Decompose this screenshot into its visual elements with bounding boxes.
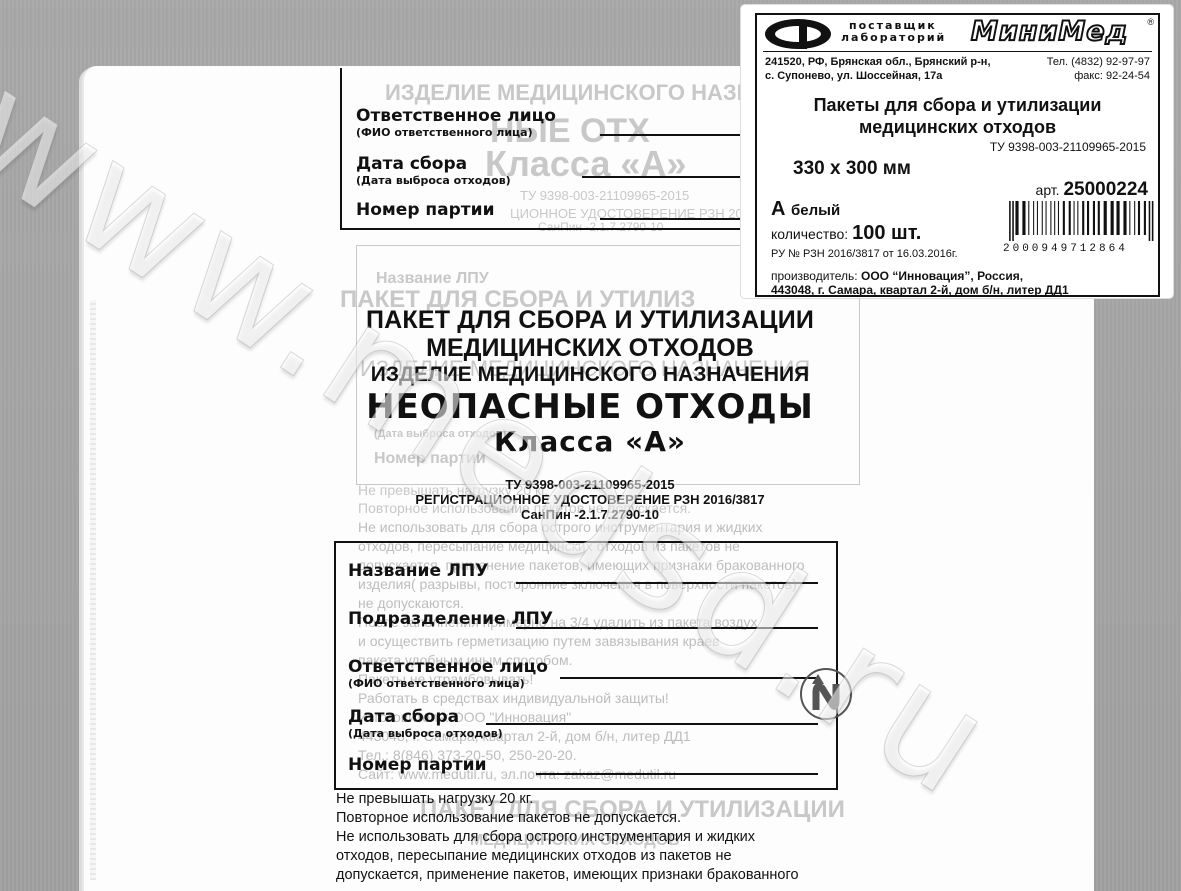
- field-label: Номер партии: [356, 200, 494, 220]
- article-label: арт.: [1036, 182, 1060, 198]
- minimed-logo-icon: [765, 19, 831, 49]
- product-tu: ТУ 9398-003-21109965-2015: [990, 140, 1146, 154]
- title-line-1: ПАКЕТ ДЛЯ СБОРА И УТИЛИЗАЦИИ: [330, 306, 850, 334]
- responsible-field: Ответственное лицо (ФИО ответственного л…: [348, 657, 548, 690]
- title-line-2: МЕДИЦИНСКИХ ОТХОДОВ: [330, 334, 850, 362]
- instruction-line: Не использовать для сбора острого инстру…: [336, 828, 799, 847]
- top-responsible-line: [600, 134, 760, 136]
- article-value: 25000224: [1063, 179, 1148, 200]
- waste-class: А белый: [771, 198, 840, 221]
- bag-stack-edge: [90, 300, 96, 880]
- article-number: арт. 25000224: [1036, 179, 1148, 201]
- dept-lpu-line: [516, 627, 818, 629]
- name-lpu-field: Название ЛПУ: [348, 561, 488, 581]
- address-line: с. Супонево, ул. Шоссейная, 17а: [765, 69, 991, 83]
- fax-text: факс: 92-24-54: [1047, 69, 1150, 83]
- field-label: Дата сбора: [356, 154, 467, 174]
- instruction-line: Повторное использование пакетов не допус…: [336, 809, 799, 828]
- supplier-address: 241520, РФ, Брянская обл., Брянский р-н,…: [765, 55, 991, 83]
- flame-icon: [799, 21, 807, 49]
- tagline-line2: лабораторий: [841, 32, 946, 44]
- field-sublabel: (ФИО ответственного лица): [348, 677, 548, 690]
- supplier-contacts: Тел. (4832) 92-97-97 факс: 92-24-54: [1047, 55, 1150, 83]
- field-label: Дата сбора: [348, 707, 459, 727]
- field-sublabel: (Дата выброса отходов): [348, 727, 503, 740]
- barcode-number: 2000949712864: [1003, 243, 1128, 255]
- batch-field: Номер партии: [348, 755, 486, 775]
- header-divider: [763, 51, 1152, 52]
- top-date-line: [582, 176, 760, 178]
- bottom-form-box: Название ЛПУ Подразделение ЛПУ Ответстве…: [334, 541, 838, 790]
- field-label: Ответственное лицо: [356, 106, 556, 126]
- instruction-line: отходов, пересыпание медицинских отходов…: [336, 847, 799, 866]
- registration-cert: РУ № РЗН 2016/3817 от 16.03.2016г.: [771, 248, 958, 260]
- supplier-tagline: поставщик лабораторий: [841, 20, 946, 44]
- title-class: Класса «А»: [330, 426, 850, 458]
- field-label: Название ЛПУ: [348, 561, 488, 581]
- sanpin-text: СанПин -2.1.7.2790-10: [330, 507, 850, 522]
- quantity: количество: 100 шт.: [771, 222, 921, 245]
- field-sublabel: (Дата выброса отходов): [356, 174, 511, 187]
- usage-instructions: Не превышать нагрузку 20 кг. Повторное и…: [336, 790, 799, 885]
- manufacturer-name: ООО “Инновация”, Россия,: [861, 269, 1023, 283]
- bag-color: белый: [791, 202, 840, 219]
- product-size: 330 x 300 мм: [793, 158, 911, 180]
- main-title-block: ПАКЕТ ДЛЯ СБОРА И УТИЛИЗАЦИИ МЕДИЦИНСКИХ…: [330, 306, 850, 458]
- top-batch-field: Номер партии: [356, 200, 494, 220]
- phone-text: Тел. (4832) 92-97-97: [1047, 55, 1150, 69]
- label-frame: поставщик лабораторий МиниМед ® 241520, …: [755, 13, 1160, 297]
- registered-mark: ®: [1147, 17, 1154, 27]
- product-label-sticker: поставщик лабораторий МиниМед ® 241520, …: [741, 5, 1173, 298]
- manufacturer-address: 443048, г. Самара, квартал 2-й, дом б/н,…: [771, 283, 1069, 297]
- title-hazard: НЕОПАСНЫЕ ОТХОДЫ: [330, 388, 850, 426]
- name-lpu-line: [516, 582, 818, 584]
- product-title: Пакеты для сбора и утилизации медицински…: [757, 94, 1158, 138]
- responsible-line: [560, 677, 818, 679]
- reg-text: РЕГИСТРАЦИОННОЕ УДОСТОВЕРЕНИЕ РЗН 2016/3…: [330, 492, 850, 507]
- registration-block: ТУ 9398-003-21109965-2015 РЕГИСТРАЦИОННО…: [330, 477, 850, 522]
- top-batch-line: [600, 218, 760, 220]
- field-label: Номер партии: [348, 755, 486, 775]
- quantity-value: 100 шт.: [852, 222, 921, 244]
- instruction-line: Не превышать нагрузку 20 кг.: [336, 790, 799, 809]
- tu-text: ТУ 9398-003-21109965-2015: [330, 477, 850, 492]
- product-title-line: медицинских отходов: [757, 116, 1158, 138]
- batch-line: [536, 773, 818, 775]
- brand-name: МиниМед: [971, 16, 1128, 47]
- field-label: Ответственное лицо: [348, 657, 548, 677]
- product-title-line: Пакеты для сбора и утилизации: [757, 94, 1158, 116]
- manufacturer-label: производитель:: [771, 269, 858, 283]
- class-letter: А: [771, 198, 785, 220]
- field-sublabel: (ФИО ответственного лица): [356, 126, 556, 139]
- date-line: [486, 723, 818, 725]
- top-date-field: Дата сбора (Дата выброса отходов): [356, 154, 511, 187]
- top-responsible-field: Ответственное лицо (ФИО ответственного л…: [356, 106, 556, 139]
- date-field: Дата сбора (Дата выброса отходов): [348, 707, 503, 740]
- address-line: 241520, РФ, Брянская обл., Брянский р-н,: [765, 55, 991, 69]
- recycle-icon: [800, 668, 852, 720]
- top-form-box: Ответственное лицо (ФИО ответственного л…: [340, 68, 760, 230]
- dept-lpu-field: Подразделение ЛПУ: [348, 609, 553, 629]
- title-line-3: ИЗДЕЛИЕ МЕДИЦИНСКОГО НАЗНАЧЕНИЯ: [330, 362, 850, 388]
- field-label: Подразделение ЛПУ: [348, 609, 553, 629]
- barcode: [1007, 201, 1155, 241]
- quantity-label: количество:: [771, 226, 848, 242]
- instruction-line: допускается, применение пакетов, имеющих…: [336, 866, 799, 885]
- manufacturer-info: производитель: ООО “Инновация”, Россия, …: [771, 269, 1069, 297]
